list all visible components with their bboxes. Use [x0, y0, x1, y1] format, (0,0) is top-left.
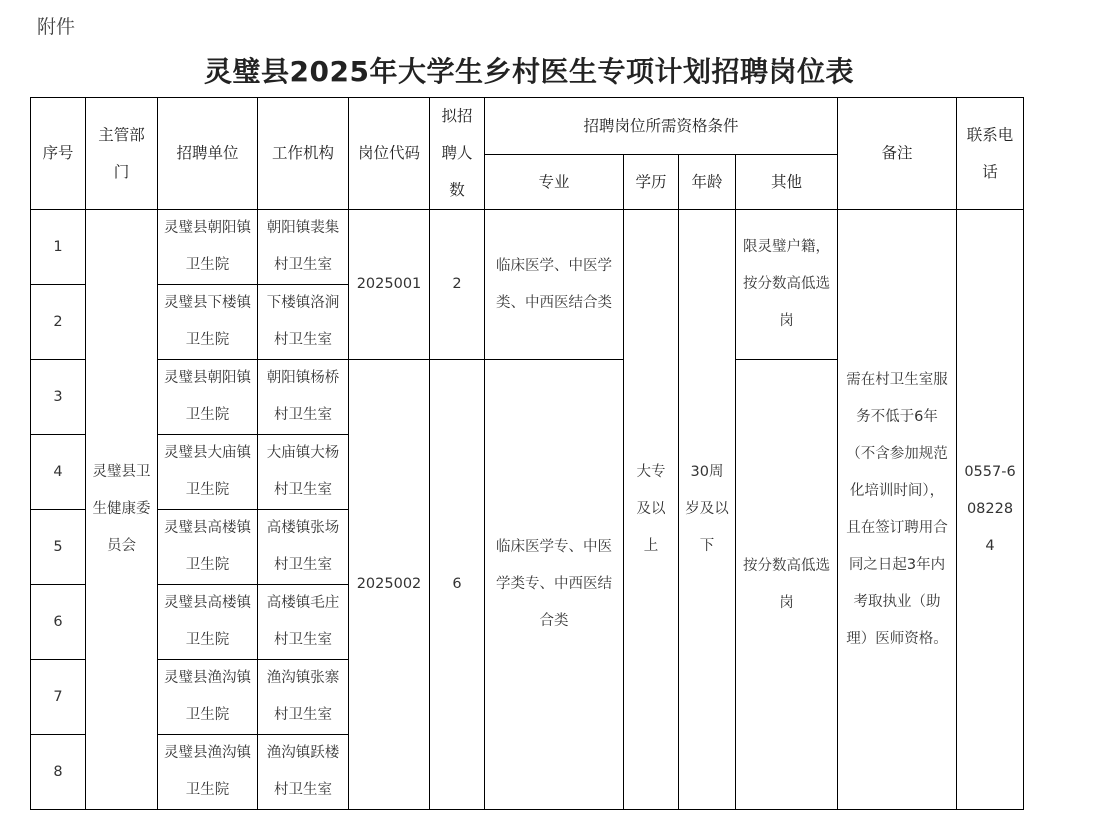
major-cell: 临床医学专、中医学类专、中西医结合类: [485, 360, 624, 810]
unit-cell: 灵璧县渔沟镇卫生院: [158, 735, 258, 810]
count-cell: 6: [430, 360, 485, 810]
unit-cell: 灵璧县朝阳镇卫生院: [158, 210, 258, 285]
org-cell: 渔沟镇张寨村卫生室: [258, 660, 349, 735]
unit-cell: 灵璧县朝阳镇卫生院: [158, 360, 258, 435]
org-cell: 渔沟镇跃楼村卫生室: [258, 735, 349, 810]
org-cell: 高楼镇毛庄村卫生室: [258, 585, 349, 660]
header-major: 专业: [485, 155, 624, 210]
seq-cell: 6: [31, 585, 86, 660]
seq-cell: 2: [31, 285, 86, 360]
header-dept: 主管部门: [86, 98, 158, 210]
header-phone: 联系电话: [957, 98, 1024, 210]
unit-cell: 灵璧县渔沟镇卫生院: [158, 660, 258, 735]
unit-cell: 灵璧县高楼镇卫生院: [158, 585, 258, 660]
header-code: 岗位代码: [349, 98, 430, 210]
header-count: 拟招聘人数: [430, 98, 485, 210]
seq-cell: 5: [31, 510, 86, 585]
header-org: 工作机构: [258, 98, 349, 210]
attachment-label: 附件: [37, 12, 75, 39]
org-cell: 大庙镇大杨村卫生室: [258, 435, 349, 510]
table-row: 1 灵璧县卫生健康委员会 灵璧县朝阳镇卫生院 朝阳镇裴集村卫生室 2025001…: [31, 210, 1024, 285]
header-seq: 序号: [31, 98, 86, 210]
header-education: 学历: [624, 155, 679, 210]
other-cell: 限灵璧户籍，按分数高低选岗: [736, 210, 838, 360]
remark-cell: 需在村卫生室服务不低于6年（不含参加规范化培训时间），且在签订聘用合同之日起3年…: [838, 210, 957, 810]
unit-cell: 灵璧县大庙镇卫生院: [158, 435, 258, 510]
seq-cell: 1: [31, 210, 86, 285]
dept-cell: 灵璧县卫生健康委员会: [86, 210, 158, 810]
recruitment-table: 序号 主管部门 招聘单位 工作机构 岗位代码 拟招聘人数 招聘岗位所需资格条件 …: [30, 97, 1024, 810]
page-title: 灵璧县2025年大学生乡村医生专项计划招聘岗位表: [0, 50, 1058, 90]
seq-cell: 8: [31, 735, 86, 810]
unit-cell: 灵璧县高楼镇卫生院: [158, 510, 258, 585]
header-other: 其他: [736, 155, 838, 210]
header-remark: 备注: [838, 98, 957, 210]
header-unit: 招聘单位: [158, 98, 258, 210]
phone-cell: 0557-6082284: [957, 210, 1024, 810]
other-cell: 按分数高低选岗: [736, 360, 838, 810]
unit-cell: 灵璧县下楼镇卫生院: [158, 285, 258, 360]
header-age: 年龄: [679, 155, 736, 210]
education-cell: 大专及以上: [624, 210, 679, 810]
org-cell: 下楼镇洛涧村卫生室: [258, 285, 349, 360]
org-cell: 朝阳镇裴集村卫生室: [258, 210, 349, 285]
age-cell: 30周岁及以下: [679, 210, 736, 810]
header-row: 序号 主管部门 招聘单位 工作机构 岗位代码 拟招聘人数 招聘岗位所需资格条件 …: [31, 98, 1024, 155]
org-cell: 朝阳镇杨桥村卫生室: [258, 360, 349, 435]
org-cell: 高楼镇张场村卫生室: [258, 510, 349, 585]
major-cell: 临床医学、中医学类、中西医结合类: [485, 210, 624, 360]
count-cell: 2: [430, 210, 485, 360]
code-cell: 2025001: [349, 210, 430, 360]
header-qualifications: 招聘岗位所需资格条件: [485, 98, 838, 155]
code-cell: 2025002: [349, 360, 430, 810]
seq-cell: 4: [31, 435, 86, 510]
seq-cell: 7: [31, 660, 86, 735]
seq-cell: 3: [31, 360, 86, 435]
